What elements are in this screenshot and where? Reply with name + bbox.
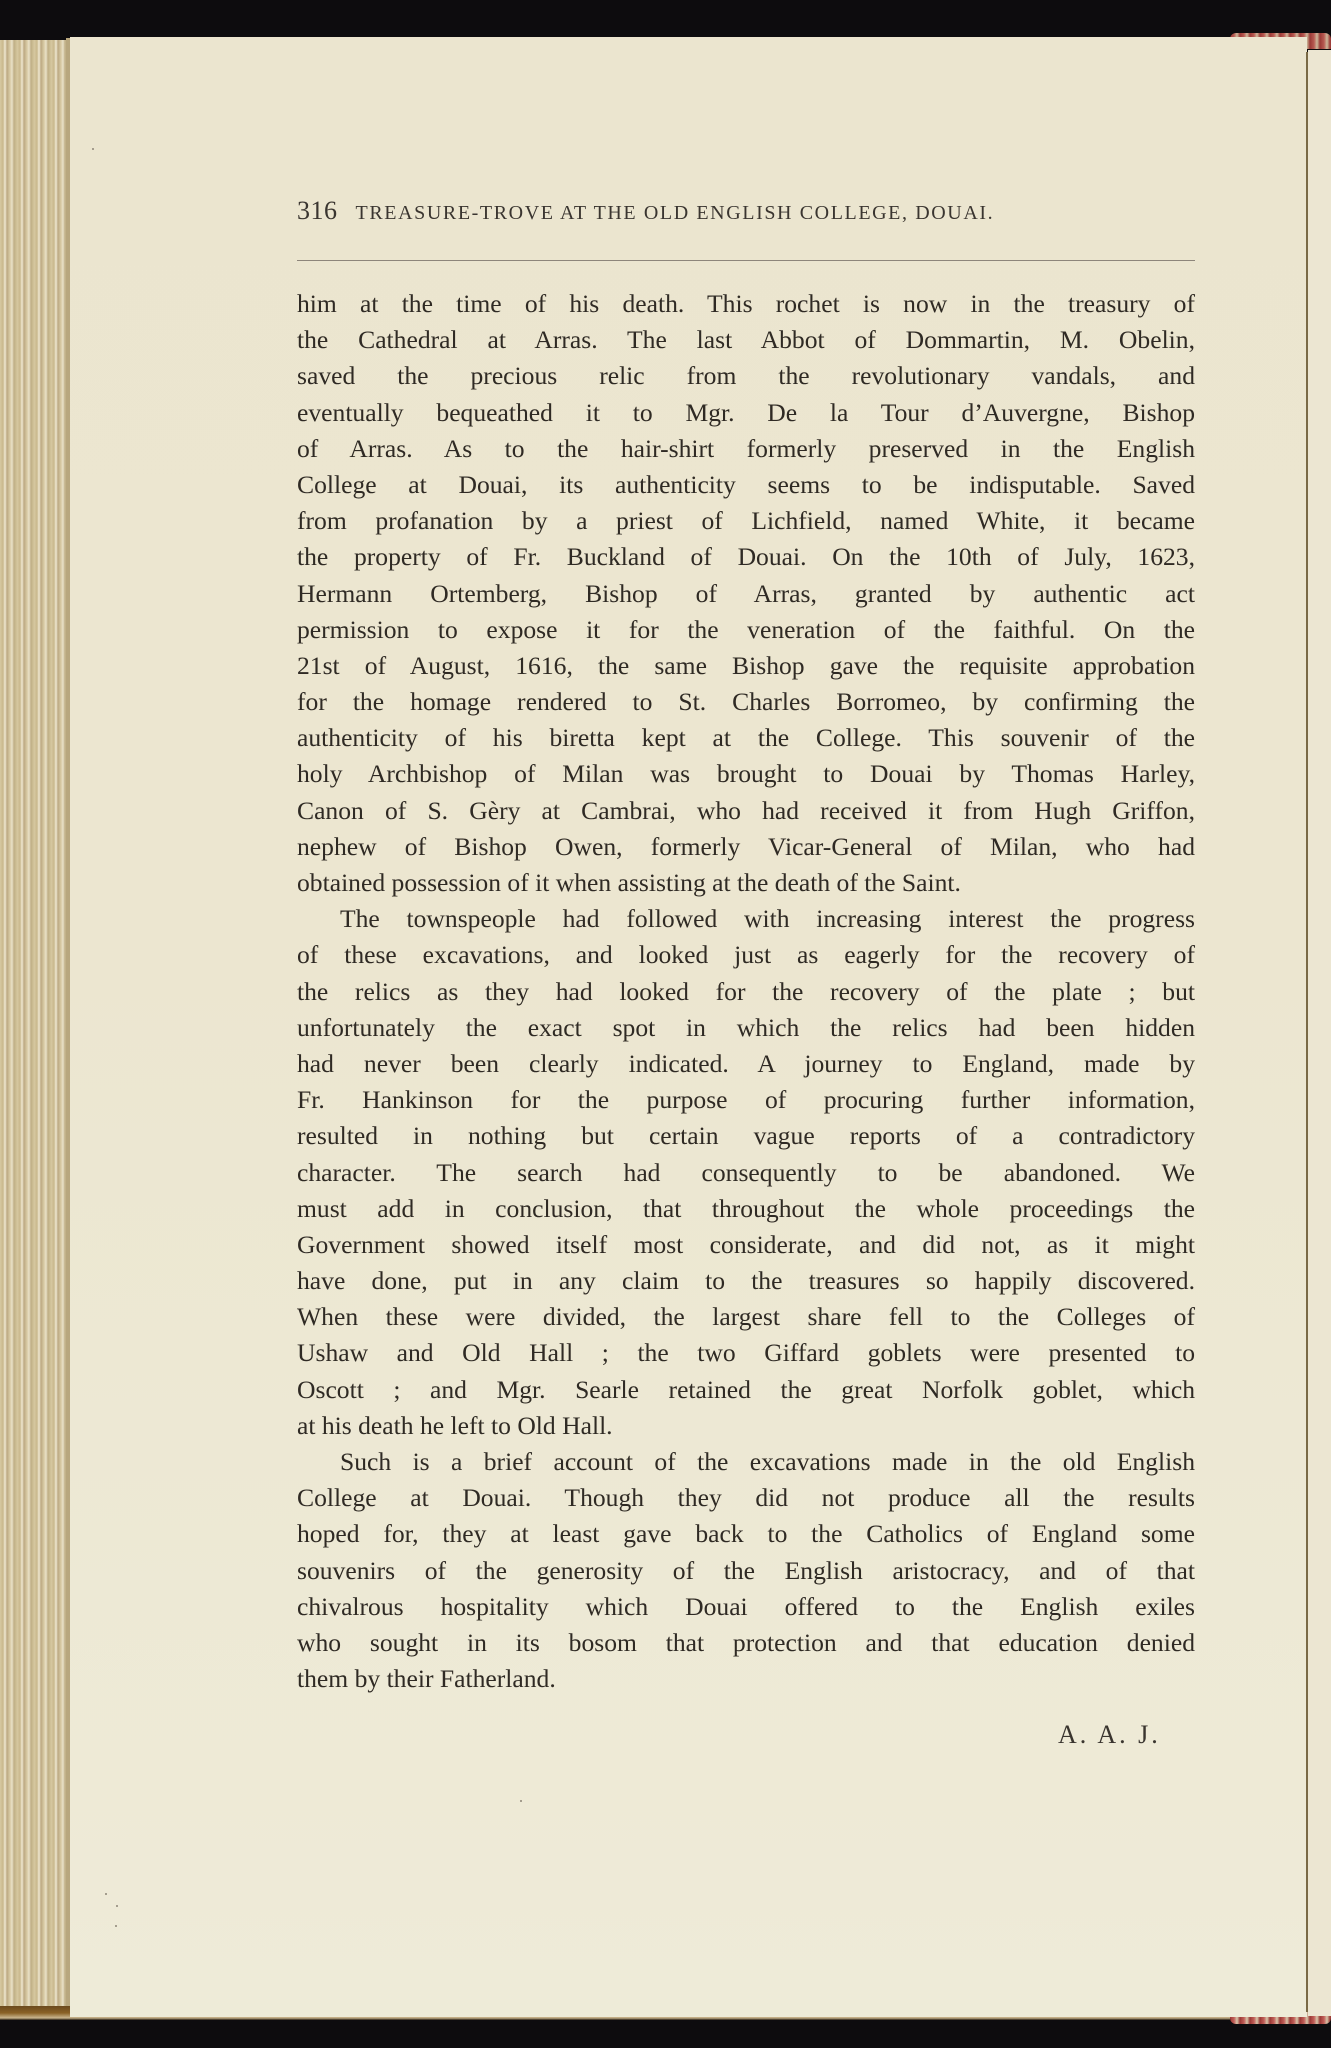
text-line: obtained possession of it when assisting… <box>297 865 1195 901</box>
paper-speck <box>520 1800 522 1802</box>
text-line: must add in conclusion, that throughout … <box>297 1191 1195 1227</box>
facing-page-edge <box>1308 50 1331 2016</box>
text-line: Canon of S. Gèry at Cambrai, who had rec… <box>297 793 1195 829</box>
dark-backdrop-top <box>0 0 1331 40</box>
text-line: at his death he left to Old Hall. <box>297 1408 1195 1444</box>
text-line: hoped for, they at least gave back to th… <box>297 1516 1195 1552</box>
text-line: Oscott ; and Mgr. Searle retained the gr… <box>297 1372 1195 1408</box>
text-line: souvenirs of the generosity of the Engli… <box>297 1553 1195 1589</box>
text-line: Government showed itself most considerat… <box>297 1227 1195 1263</box>
text-line: Fr. Hankinson for the purpose of procuri… <box>297 1082 1195 1118</box>
text-line: eventually bequeathed it to Mgr. De la T… <box>297 395 1195 431</box>
text-line: holy Archbishop of Milan was brought to … <box>297 756 1195 792</box>
text-line: have done, put in any claim to the treas… <box>297 1263 1195 1299</box>
dark-backdrop-bottom <box>0 2020 1331 2048</box>
paper-speck <box>105 1893 107 1895</box>
stacked-page-edges <box>0 40 70 2015</box>
paper-speck <box>92 148 94 150</box>
text-line: College at Douai. Though they did not pr… <box>297 1480 1195 1516</box>
text-line: who sought in its bosom that protection … <box>297 1625 1195 1661</box>
text-line: for the homage rendered to St. Charles B… <box>297 684 1195 720</box>
text-line: Such is a brief account of the excavatio… <box>297 1444 1195 1480</box>
text-line: College at Douai, its authenticity seems… <box>297 467 1195 503</box>
running-header: 316 TREASURE-TROVE AT THE OLD ENGLISH CO… <box>297 196 1197 226</box>
paper-speck <box>115 1925 117 1927</box>
text-line: Hermann Ortemberg, Bishop of Arras, gran… <box>297 576 1195 612</box>
text-line: the Cathedral at Arras. The last Abbot o… <box>297 322 1195 358</box>
text-line: unfortunately the exact spot in which th… <box>297 1010 1195 1046</box>
text-line: permission to expose it for the venerati… <box>297 612 1195 648</box>
text-line: nephew of Bishop Owen, formerly Vicar-Ge… <box>297 829 1195 865</box>
text-line: from profanation by a priest of Lichfiel… <box>297 503 1195 539</box>
text-line: them by their Fatherland. <box>297 1661 1195 1697</box>
text-line: character. The search had consequently t… <box>297 1155 1195 1191</box>
body-text: him at the time of his death. This roche… <box>297 286 1195 1697</box>
text-line: the relics as they had looked for the re… <box>297 974 1195 1010</box>
text-line: The townspeople had followed with increa… <box>297 901 1195 937</box>
text-line: saved the precious relic from the revolu… <box>297 358 1195 394</box>
text-line: authenticity of his biretta kept at the … <box>297 720 1195 756</box>
paragraph: Such is a brief account of the excavatio… <box>297 1444 1195 1697</box>
paragraph: The townspeople had followed with increa… <box>297 901 1195 1444</box>
text-line: chivalrous hospitality which Douai offer… <box>297 1589 1195 1625</box>
text-line: of Arras. As to the hair-shirt formerly … <box>297 431 1195 467</box>
page-number: 316 <box>297 196 338 226</box>
header-rule <box>297 260 1195 261</box>
text-line: resulted in nothing but certain vague re… <box>297 1118 1195 1154</box>
text-line: When these were divided, the largest sha… <box>297 1299 1195 1335</box>
running-title: TREASURE-TROVE AT THE OLD ENGLISH COLLEG… <box>356 202 995 225</box>
text-line: him at the time of his death. This roche… <box>297 286 1195 322</box>
text-line: had never been clearly indicated. A jour… <box>297 1046 1195 1082</box>
gutter-line <box>1306 52 1308 2012</box>
text-line: 21st of August, 1616, the same Bishop ga… <box>297 648 1195 684</box>
text-line: the property of Fr. Buckland of Douai. O… <box>297 539 1195 575</box>
author-initials: A. A. J. <box>1058 1720 1161 1750</box>
text-line: of these excavations, and looked just as… <box>297 937 1195 973</box>
paper-speck <box>116 1905 118 1907</box>
text-line: Ushaw and Old Hall ; the two Giffard gob… <box>297 1335 1195 1371</box>
paragraph: him at the time of his death. This roche… <box>297 286 1195 901</box>
